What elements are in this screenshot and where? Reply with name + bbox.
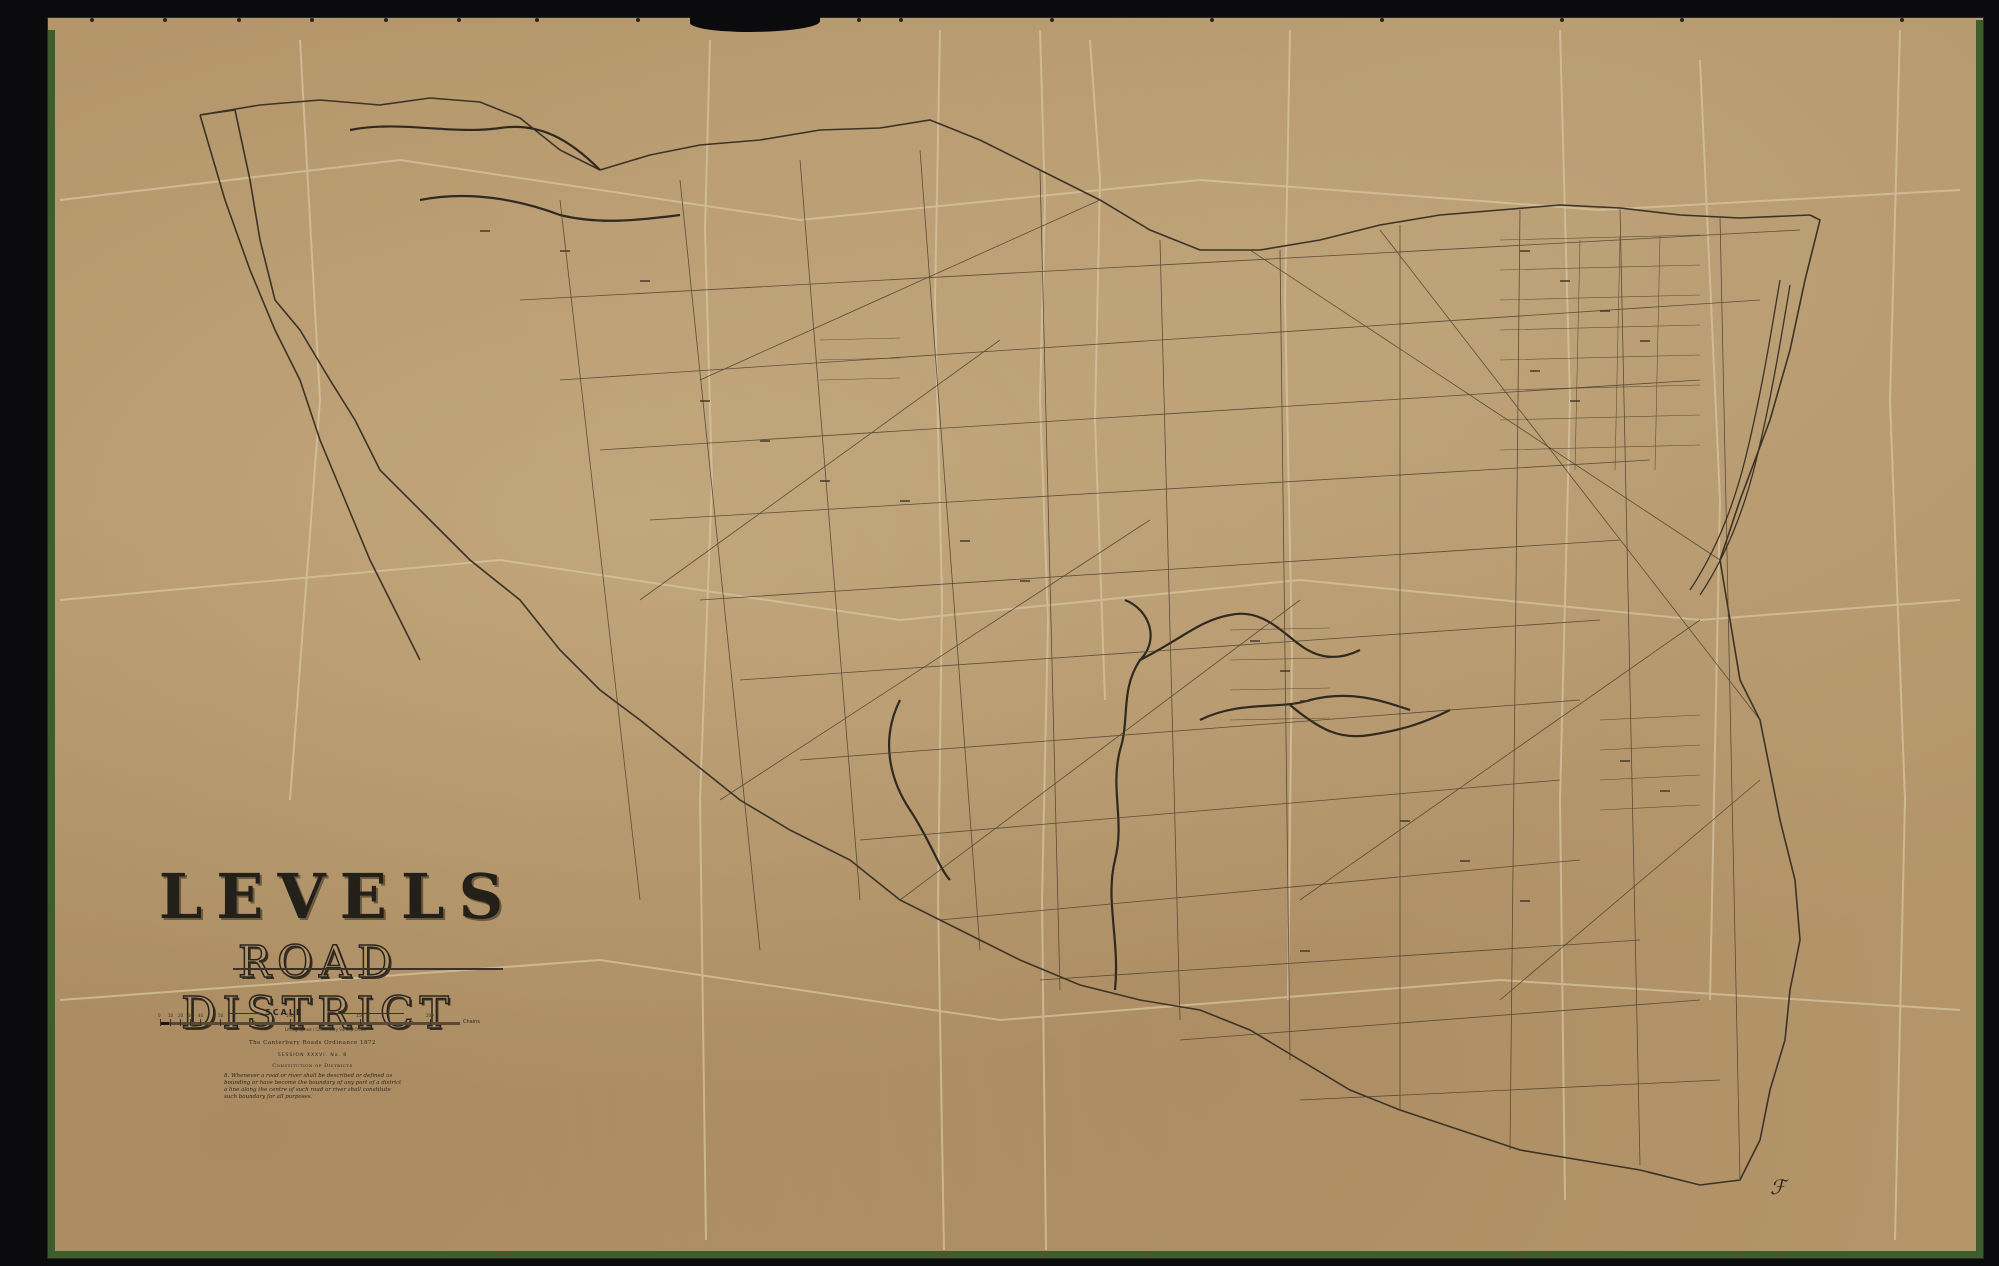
scale-tick-label: 40 bbox=[198, 1013, 203, 1018]
scale-tick bbox=[180, 1019, 181, 1026]
scale-tick bbox=[220, 1019, 221, 1026]
legend-session: SESSION XXXVI. No. 8 bbox=[220, 1053, 405, 1058]
scale-bar: SCALE 0 10 20 30 40 50 100 150 200 Chain… bbox=[150, 1005, 470, 1035]
coastline bbox=[1690, 280, 1790, 595]
scale-rule-left bbox=[228, 1013, 261, 1014]
scale-tick-label: 50 bbox=[218, 1013, 223, 1018]
scale-tick bbox=[290, 1019, 291, 1026]
scale-bar-line bbox=[160, 1022, 460, 1025]
scale-tick-label: 0 bbox=[158, 1013, 161, 1018]
legend-clause: 8. Whenever a road or river shall be des… bbox=[220, 1073, 405, 1101]
scale-bar-segment bbox=[160, 1022, 169, 1025]
scale-rule-right bbox=[336, 1013, 404, 1014]
scale-unit-label: Chains bbox=[463, 1019, 480, 1025]
corner-mark: ℱ bbox=[1770, 1175, 1786, 1199]
lot-numbers bbox=[480, 230, 1670, 952]
legend-heading: Constitution of Districts bbox=[220, 1063, 405, 1069]
legend-block: The Canterbury Roads Ordinance 1872 SESS… bbox=[220, 1040, 405, 1101]
scale-label: SCALE bbox=[265, 1008, 303, 1017]
scale-tick bbox=[160, 1019, 161, 1026]
scale-tick-label: 20 bbox=[178, 1013, 183, 1018]
title-underline bbox=[233, 968, 503, 970]
scale-tick-label: 30 bbox=[188, 1013, 193, 1018]
scale-tick-label: 10 bbox=[168, 1013, 173, 1018]
scale-tick-label: 100 bbox=[286, 1013, 294, 1018]
map-title: LEVELS bbox=[148, 860, 528, 933]
scale-tick bbox=[190, 1019, 191, 1026]
scale-tick bbox=[360, 1019, 361, 1026]
scale-tick-label: 200 bbox=[426, 1013, 434, 1018]
roads-and-lots bbox=[520, 150, 1800, 1180]
scale-caption: Lithographed / Canterbury Survey Office bbox=[285, 1027, 366, 1032]
scale-tick bbox=[200, 1019, 201, 1026]
scale-tick bbox=[170, 1019, 171, 1026]
scale-tick bbox=[430, 1019, 431, 1026]
scale-tick-label: 150 bbox=[356, 1013, 364, 1018]
legend-ordinance: The Canterbury Roads Ordinance 1872 bbox=[220, 1040, 405, 1046]
